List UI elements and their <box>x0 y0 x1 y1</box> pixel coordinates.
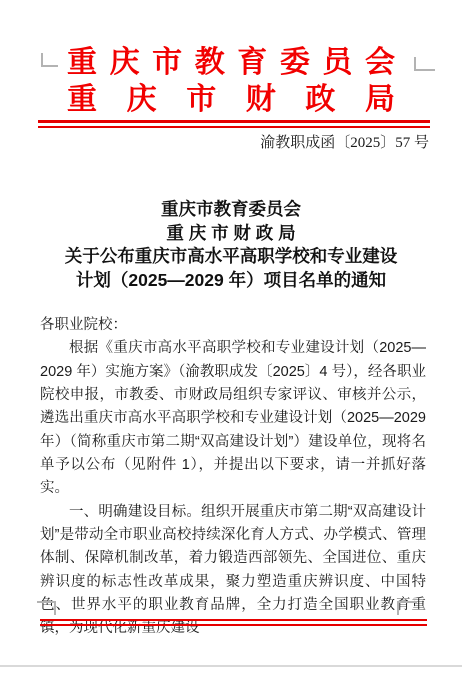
footer-rule-bottom <box>40 624 427 626</box>
notice-title: 重庆市教育委员会 重 庆 市 财 政 局 关于公布重庆市高水平高职学校和专业建设… <box>0 198 462 292</box>
document-number: 渝教职成函〔2025〕57 号 <box>260 131 429 152</box>
notice-title-subject-2: 计划（2025—2029 年）项目名单的通知 <box>0 269 462 293</box>
letterhead-char: 会 <box>365 44 395 81</box>
letterhead-char: 重 <box>67 44 97 81</box>
text-boundary-mark-bottom-right <box>397 601 417 603</box>
letterhead-rule-thick <box>38 120 430 123</box>
letterhead-char: 市 <box>152 44 182 81</box>
text-boundary-mark-bottom-left <box>37 601 55 603</box>
letterhead-char: 局 <box>365 81 395 118</box>
letterhead-char: 政 <box>305 81 335 118</box>
letterhead-agency-line-2: 重庆市财政局 <box>67 81 395 118</box>
notice-title-org-2: 重 庆 市 财 政 局 <box>0 222 462 246</box>
letterhead-rule-thin <box>38 126 430 128</box>
notice-title-org-1: 重庆市教育委员会 <box>0 198 462 222</box>
letterhead-char: 重 <box>67 81 97 118</box>
salutation: 各职业院校： <box>40 314 426 337</box>
letterhead-agency-line-1: 重庆市教育委员会 <box>67 44 395 81</box>
letterhead-char: 委 <box>280 44 310 81</box>
letterhead-char: 庆 <box>127 81 157 118</box>
document-page: 重庆市教育委员会 重庆市财政局 渝教职成函〔2025〕57 号 重庆市教育委员会… <box>0 0 462 673</box>
text-boundary-mark-bottom-right <box>397 601 399 615</box>
text-boundary-mark-top-right <box>414 69 435 71</box>
letterhead-char: 市 <box>186 81 216 118</box>
letterhead-char: 育 <box>237 44 267 81</box>
letterhead: 重庆市教育委员会 重庆市财政局 <box>0 44 462 118</box>
notice-body: 各职业院校： 根据《重庆市高水平高职学校和专业建设计划（2025—2029 年）… <box>40 314 426 641</box>
text-boundary-mark-top-left <box>41 65 58 67</box>
letterhead-char: 财 <box>246 81 276 118</box>
notice-title-subject-1: 关于公布重庆市高水平高职学校和专业建设 <box>0 245 462 269</box>
footer-rule-top <box>40 619 427 621</box>
body-paragraph-1: 根据《重庆市高水平高职学校和专业建设计划（2025—2029 年）实施方案》（渝… <box>40 337 426 500</box>
letterhead-char: 员 <box>322 44 352 81</box>
text-boundary-mark-bottom-left <box>54 601 56 615</box>
letterhead-char: 庆 <box>110 44 140 81</box>
letterhead-char: 教 <box>195 44 225 81</box>
page-bottom-edge <box>0 665 462 667</box>
